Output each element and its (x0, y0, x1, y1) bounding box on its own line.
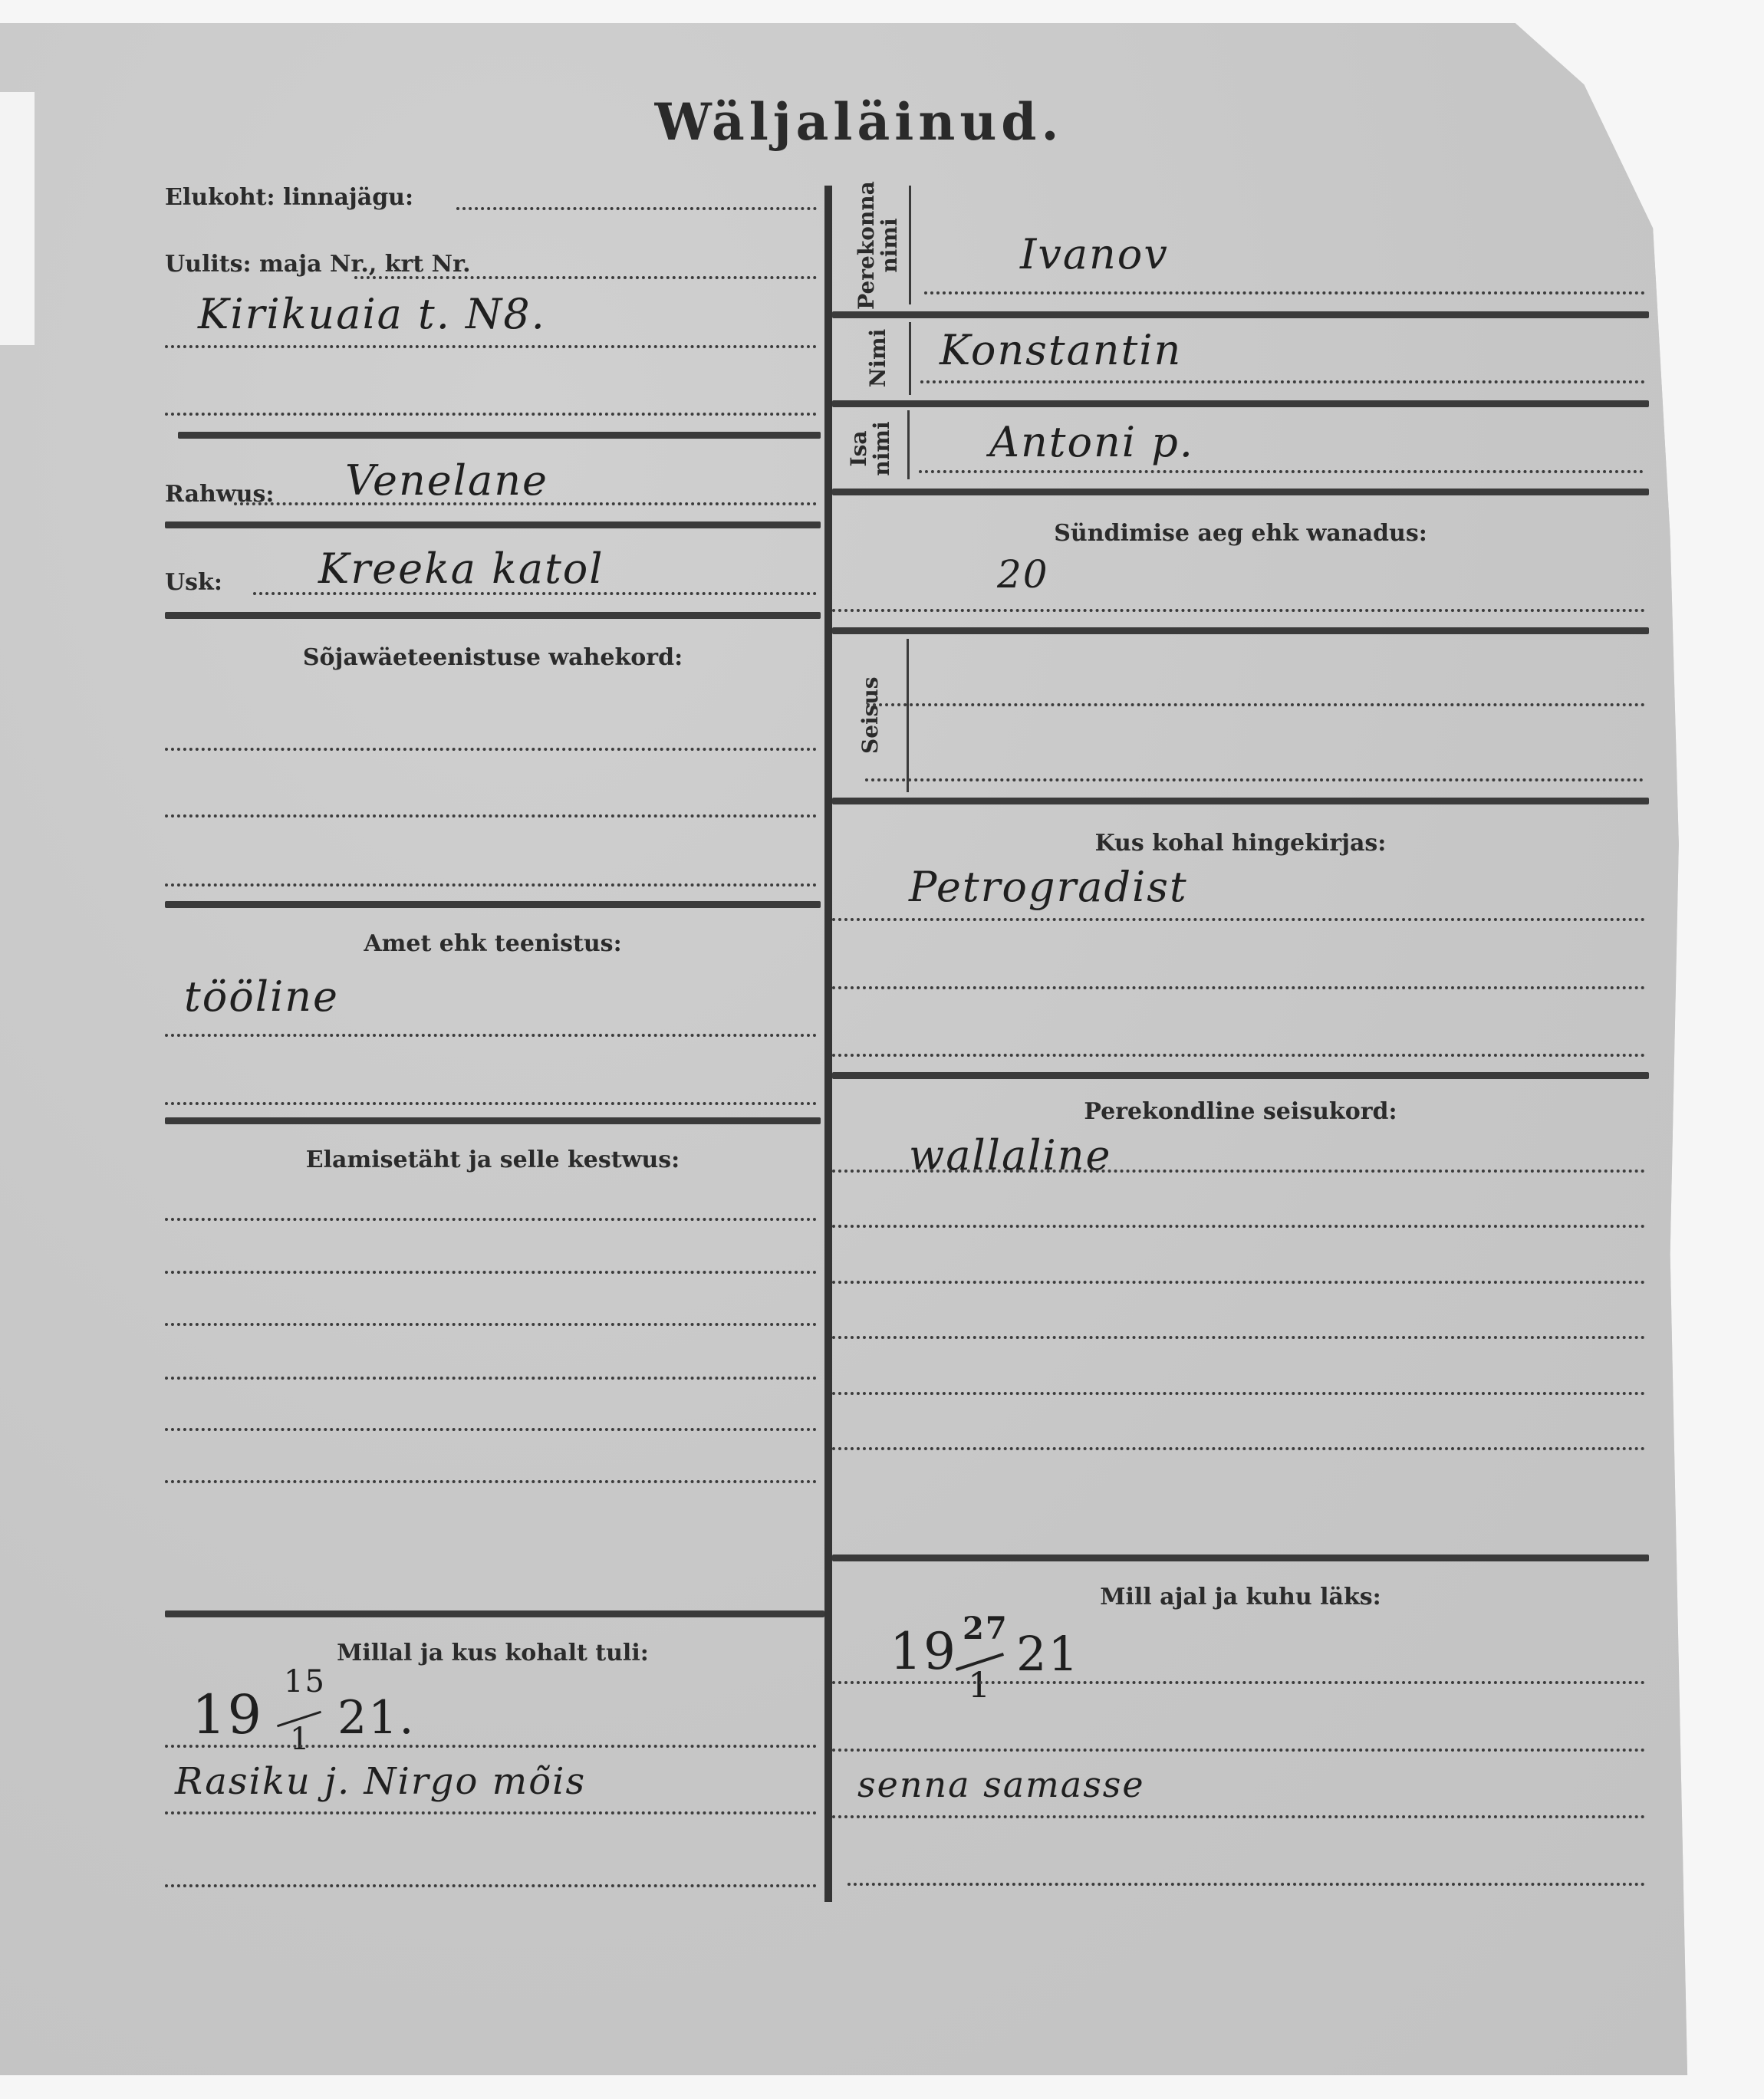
dwelling-line-1[interactable] (165, 1218, 817, 1221)
section-rule (832, 489, 1649, 495)
dwelling-line-4[interactable] (165, 1377, 817, 1380)
dwelling-label: Elamisetäht ja selle kestwus: (165, 1147, 821, 1173)
name-label-divider (909, 186, 911, 304)
departure-label: Mill ajal ja kuhu läks: (832, 1584, 1649, 1610)
arrival-line-2[interactable] (165, 1811, 817, 1814)
departure-line-1[interactable] (832, 1681, 1645, 1684)
dwelling-line-6[interactable] (165, 1480, 817, 1483)
departure-line-2[interactable] (832, 1749, 1645, 1752)
religion-label: Usk: (165, 569, 222, 596)
dwelling-line-5[interactable] (165, 1428, 817, 1431)
street-label: Uulits: maja Nr., krt Nr. (165, 251, 471, 278)
military-line-3[interactable] (165, 883, 817, 887)
street-line-3[interactable] (165, 413, 817, 416)
section-rule (165, 1610, 824, 1617)
first-name-label: Nimi (867, 320, 890, 396)
status-label: Seisus (859, 677, 882, 754)
dwelling-line-3[interactable] (165, 1323, 817, 1326)
departure-day: 27 (963, 1610, 1009, 1647)
residence-label: Elukoht: linnajägu: (165, 184, 413, 211)
registry-line-1[interactable] (832, 918, 1645, 921)
marital-line-2[interactable] (832, 1225, 1645, 1228)
center-divider (824, 186, 832, 1902)
birth-line[interactable] (832, 609, 1645, 612)
marital-line-3[interactable] (832, 1281, 1645, 1284)
dwelling-line-2[interactable] (165, 1271, 817, 1274)
surname-value[interactable]: Ivanov (1020, 230, 1169, 278)
father-name-value[interactable]: Antoni p. (989, 418, 1194, 466)
surname-label: Perekonna nimi (855, 176, 901, 314)
birth-value[interactable]: 20 (997, 552, 1049, 597)
arrival-year-prefix: 19 (192, 1683, 263, 1746)
surname-line[interactable] (924, 291, 1645, 294)
section-rule (832, 798, 1649, 804)
arrival-place[interactable]: Rasiku j. Nirgo mõis (175, 1760, 586, 1803)
occupation-line-1[interactable] (165, 1034, 817, 1037)
form-title: Wäljaläinud. (0, 92, 1718, 152)
nationality-value[interactable]: Venelane (345, 456, 548, 505)
name-label-divider (907, 410, 910, 479)
street-line-2[interactable] (165, 345, 817, 348)
departure-place[interactable]: senna samasse (857, 1764, 1145, 1805)
departure-line-4[interactable] (847, 1883, 1645, 1886)
street-value[interactable]: Kirikuaia t. N8. (198, 290, 546, 338)
residence-line[interactable] (456, 207, 817, 210)
name-label-divider (909, 322, 911, 395)
departure-month: 1 (968, 1664, 992, 1706)
section-rule (165, 901, 821, 908)
status-line-1[interactable] (867, 703, 1645, 706)
status-line-2[interactable] (865, 778, 1644, 781)
arrival-year-suffix: 21. (337, 1691, 415, 1745)
arrival-day: 15 (284, 1664, 326, 1699)
religion-value[interactable]: Kreeka katol (318, 544, 604, 593)
marital-line-4[interactable] (832, 1336, 1645, 1339)
father-name-label: Isa nimi (847, 410, 894, 487)
departure-line-3[interactable] (832, 1815, 1645, 1818)
registry-line-3[interactable] (832, 1054, 1645, 1057)
arrival-line-3[interactable] (165, 1884, 817, 1887)
father-name-line[interactable] (919, 470, 1644, 473)
arrival-line-1[interactable] (165, 1745, 817, 1748)
registry-value[interactable]: Petrogradist (909, 863, 1188, 911)
marital-line-5[interactable] (832, 1392, 1645, 1395)
departure-year-suffix: 21 (1016, 1626, 1080, 1682)
first-name-line[interactable] (920, 380, 1645, 383)
section-rule (178, 432, 821, 439)
section-rule (832, 400, 1649, 407)
street-line[interactable] (354, 276, 817, 279)
section-rule (165, 1117, 821, 1124)
occupation-line-2[interactable] (165, 1102, 817, 1105)
section-rule (165, 612, 821, 619)
section-rule (832, 1072, 1649, 1079)
status-label-divider (907, 639, 909, 792)
section-rule (832, 627, 1649, 634)
military-label: Sõjawäeteenistuse wahekord: (165, 644, 821, 671)
birth-label: Sündimise aeg ehk wanadus: (832, 520, 1649, 547)
arrival-month: 1 (290, 1722, 311, 1757)
section-rule (165, 521, 821, 528)
occupation-value[interactable]: tööline (184, 972, 339, 1021)
arrival-label: Millal ja kus kohalt tuli: (165, 1640, 821, 1666)
departure-date[interactable]: 19 27 1 21 (890, 1614, 1273, 1722)
marital-line-1[interactable] (832, 1170, 1645, 1173)
marital-label: Perekondline seisukord: (832, 1098, 1649, 1125)
arrival-date[interactable]: 19 15 1 21. (192, 1676, 575, 1768)
section-rule (832, 1555, 1649, 1561)
section-rule (832, 311, 1649, 318)
military-line-1[interactable] (165, 748, 817, 751)
military-line-2[interactable] (165, 814, 817, 818)
departure-year-prefix: 19 (890, 1622, 957, 1681)
marital-line-6[interactable] (832, 1447, 1645, 1450)
registry-line-2[interactable] (832, 986, 1645, 989)
occupation-label: Amet ehk teenistus: (165, 930, 821, 957)
registry-label: Kus kohal hingekirjas: (832, 830, 1649, 857)
first-name-value[interactable]: Konstantin (940, 326, 1182, 374)
